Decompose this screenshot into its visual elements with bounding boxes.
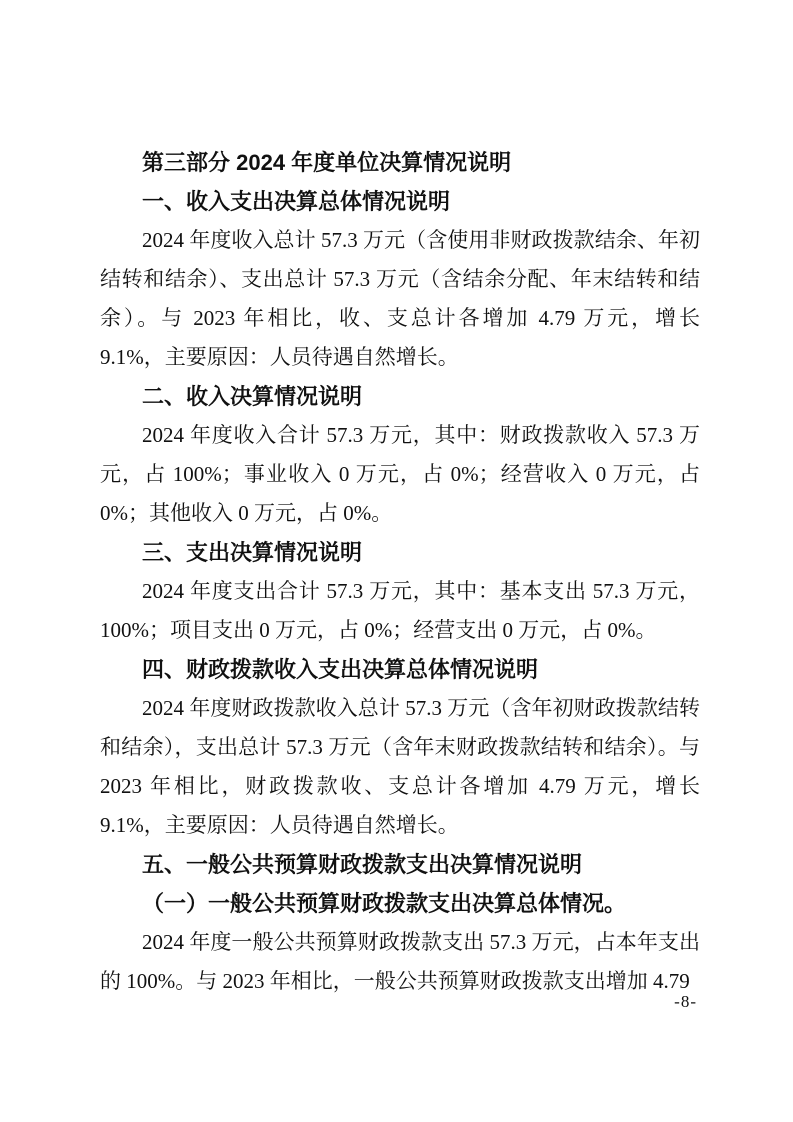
document-body: 第三部分 2024 年度单位决算情况说明 一、收入支出决算总体情况说明 2024… (100, 143, 700, 1001)
para-income-statement: 2024 年度收入合计 57.3 万元，其中：财政拨款收入 57.3 万元，占 … (100, 416, 700, 533)
page-number: -8- (674, 991, 697, 1013)
para-fiscal-allocation-overview: 2024 年度财政拨款收入总计 57.3 万元（含年初财政拨款结转和结余），支出… (100, 689, 700, 845)
heading-1-income-expense-overview: 一、收入支出决算总体情况说明 (100, 182, 700, 221)
heading-5-general-public-budget-expense: 五、一般公共预算财政拨款支出决算情况说明 (100, 845, 700, 884)
para-expense-statement: 2024 年度支出合计 57.3 万元，其中：基本支出 57.3 万元，100%… (100, 572, 700, 650)
part-title: 第三部分 2024 年度单位决算情况说明 (100, 143, 700, 182)
para-general-public-budget-expense: 2024 年度一般公共预算财政拨款支出 57.3 万元，占本年支出的 100%。… (100, 923, 700, 1001)
heading-5-1-general-public-budget-overview: （一）一般公共预算财政拨款支出决算总体情况。 (100, 884, 700, 923)
para-income-expense-overview: 2024 年度收入总计 57.3 万元（含使用非财政拨款结余、年初结转和结余）、… (100, 221, 700, 377)
heading-3-expense-statement: 三、支出决算情况说明 (100, 533, 700, 572)
document-page: 第三部分 2024 年度单位决算情况说明 一、收入支出决算总体情况说明 2024… (0, 0, 793, 1122)
heading-4-fiscal-allocation-overview: 四、财政拨款收入支出决算总体情况说明 (100, 650, 700, 689)
heading-2-income-statement: 二、收入决算情况说明 (100, 377, 700, 416)
